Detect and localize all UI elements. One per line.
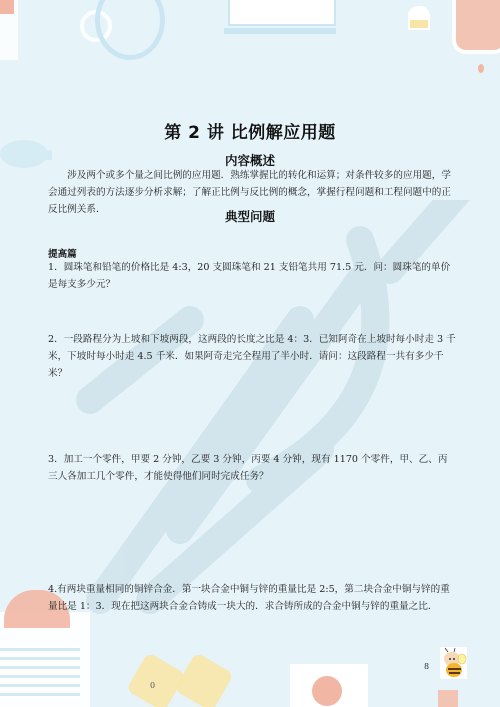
problem-4: 4.有两块重量相同的铜锌合金．第一块合金中铜与锌的重量比是 2:5，第二块合金中… [48,581,456,615]
problem-3: 3．加工一个零件，甲要 2 分钟，乙要 3 分钟，丙要 4 分钟，现有 1170… [48,451,456,485]
problems-heading: 典型问题 [0,207,500,225]
page-number: 8 [424,662,429,671]
problem-1: 1．圆珠笔和铅笔的价格比是 4:3，20 支圆珠笔和 21 支铅笔共用 71.5… [48,259,456,293]
problem-2: 2．一段路程分为上坡和下坡两段，这两段的长度之比是 4：3．已知阿奇在上坡时每小… [48,331,456,382]
worksheet-page: 第 2 讲 比例解应用题 内容概述 涉及两个或多个量之间比例的应用题．熟练掌握比… [0,0,500,707]
bee-mascot-icon [440,647,467,679]
stray-mark: 0 [150,681,155,690]
level-subheading: 提高篇 [48,246,77,260]
page-title: 第 2 讲 比例解应用题 [0,118,500,143]
